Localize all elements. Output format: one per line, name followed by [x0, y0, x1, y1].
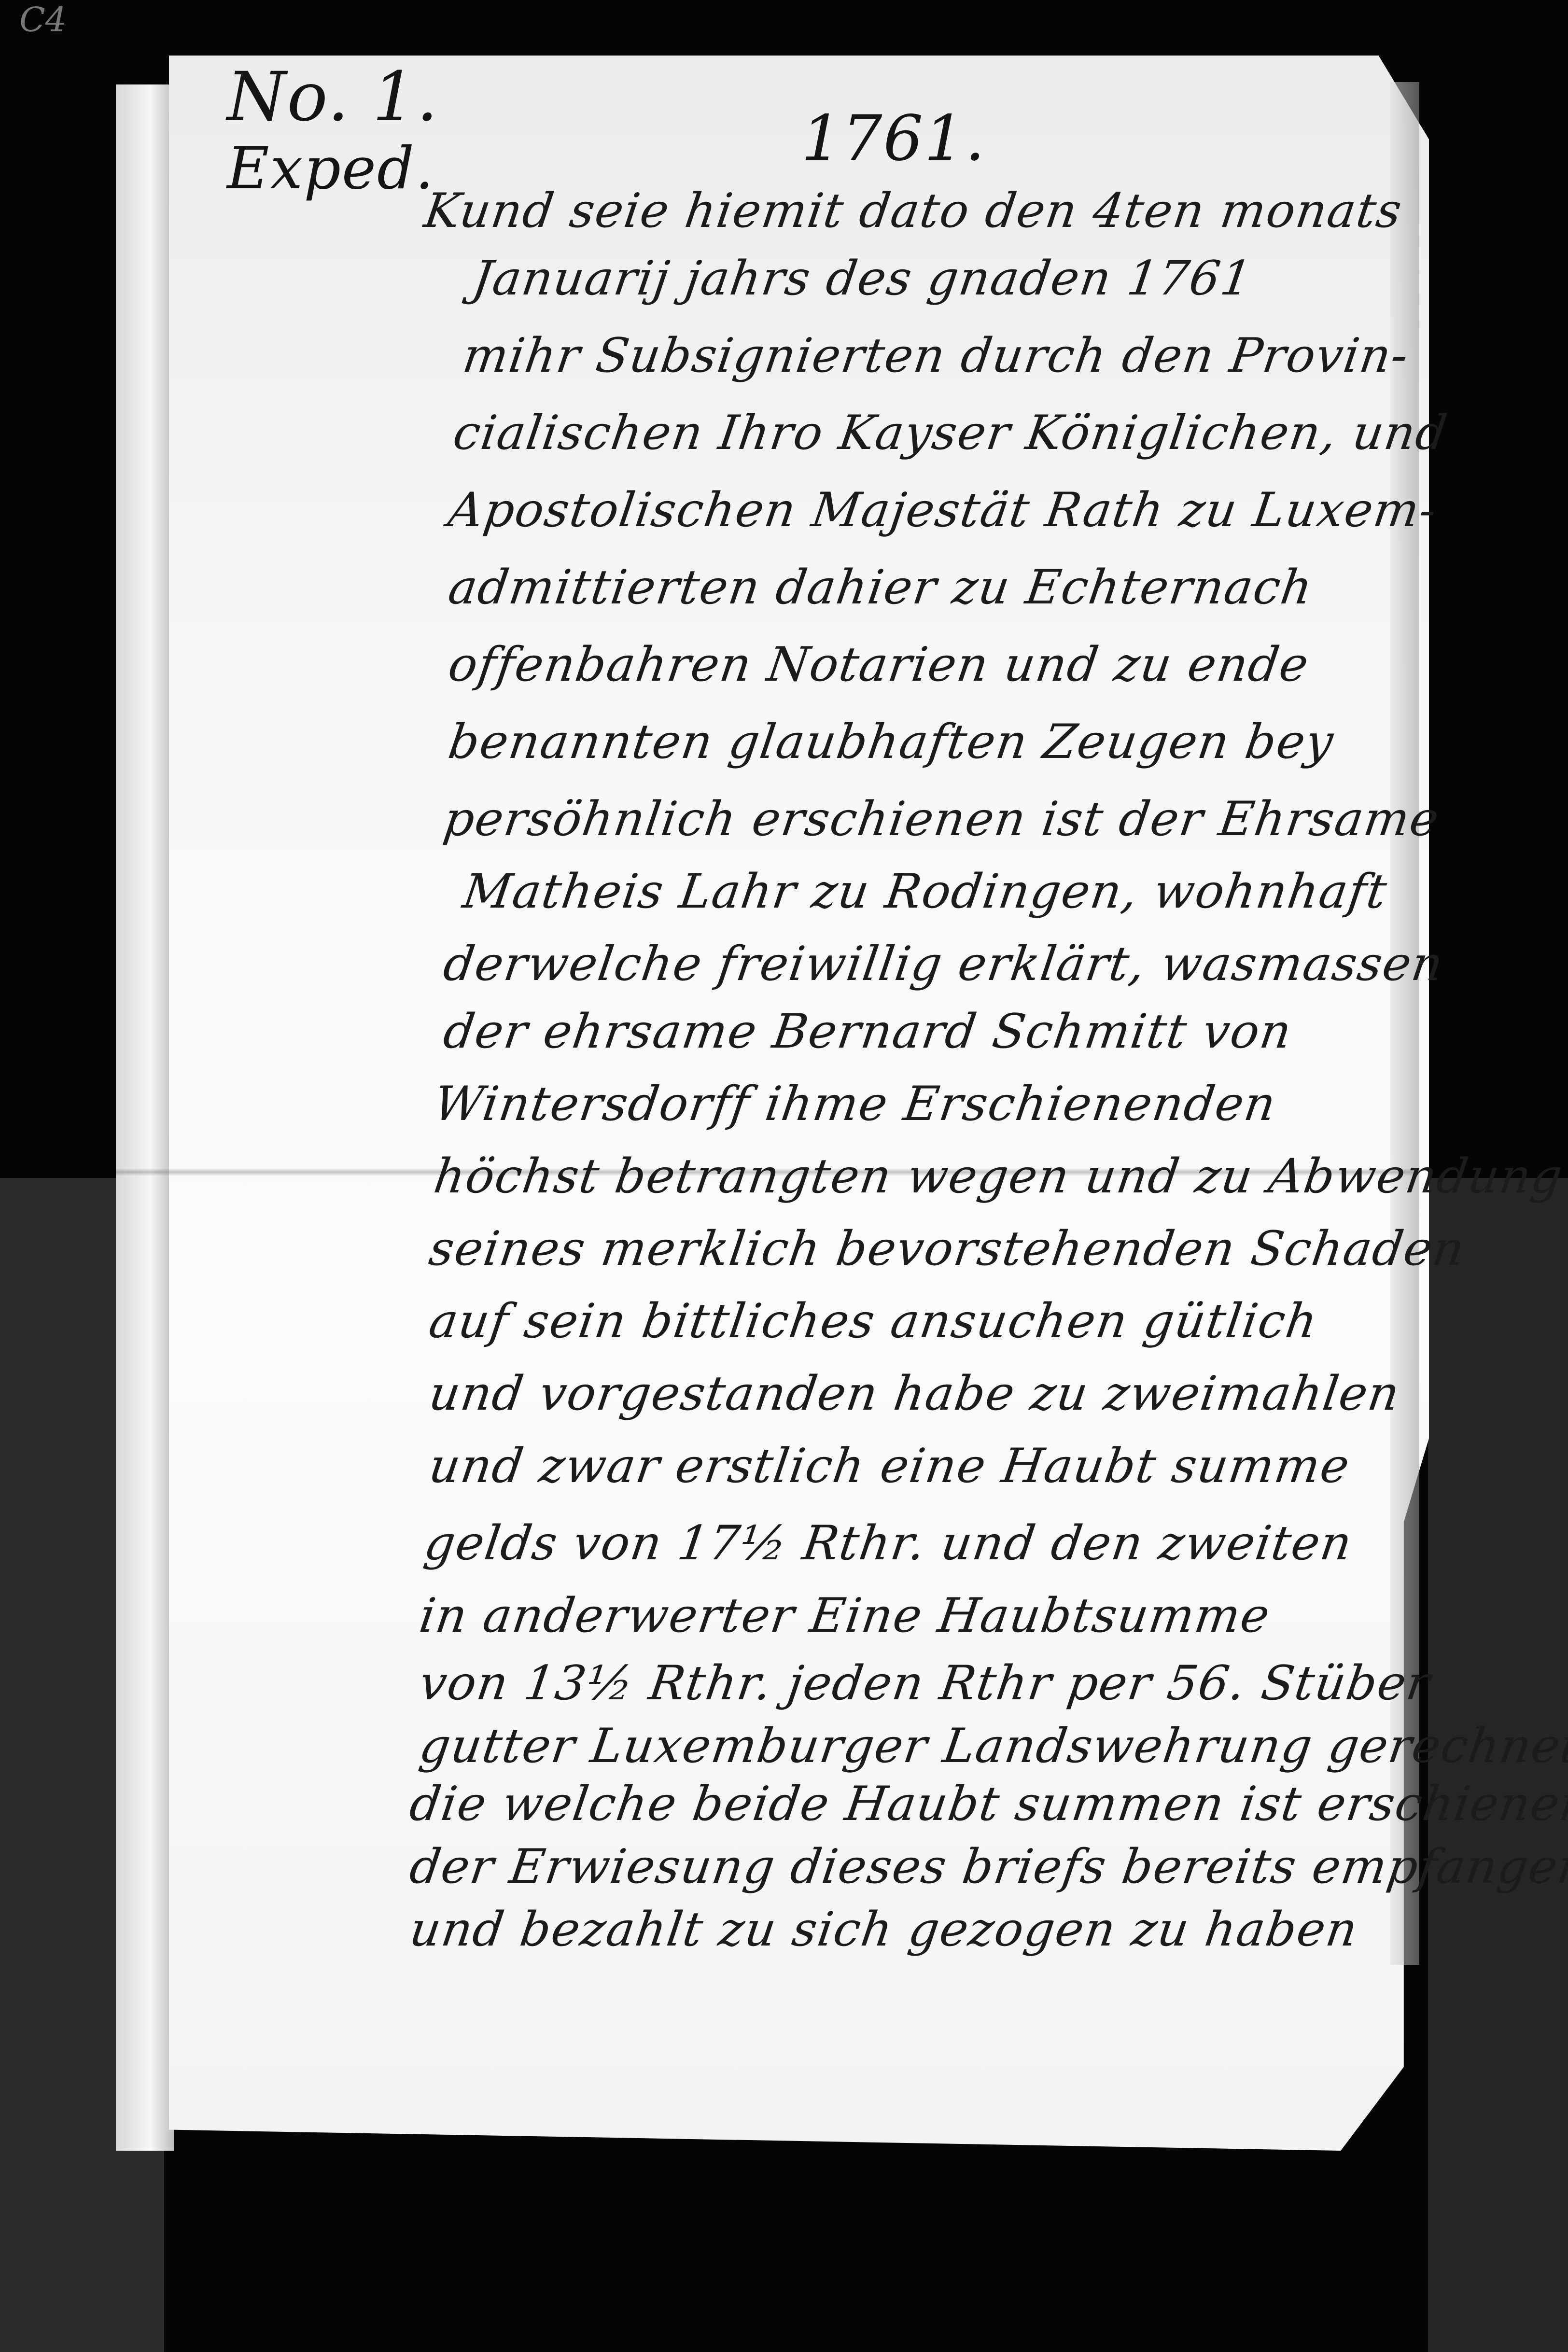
- text-line: und zwar erstlich eine Haubt summe: [426, 1439, 1354, 1494]
- text-line: Januarij jahrs des gnaden 1761: [469, 251, 1256, 306]
- text-line: der Erwiesung dieses briefs bereits empf…: [406, 1839, 1568, 1894]
- text-line: admittierten dahier zu Echternach: [445, 560, 1316, 615]
- folded-paper-edge: [116, 84, 174, 2151]
- text-line: Wintersdorff ihme Erschienenden: [431, 1077, 1280, 1132]
- text-line: der ehrsame Bernard Schmitt von: [440, 1004, 1295, 1059]
- exped-label: Exped.: [227, 135, 434, 202]
- text-line: auf sein bittliches ansuchen gütlich: [426, 1294, 1321, 1349]
- binder-tab-mark: C4: [19, 0, 126, 63]
- text-line: und bezahlt zu sich gezogen zu haben: [406, 1902, 1361, 1957]
- text-line: gutter Luxemburger Landswehrung gerechne…: [416, 1719, 1568, 1774]
- text-line: benannten glaubhaften Zeugen bey: [445, 714, 1337, 770]
- text-line: persöhnlich erschienen ist der Ehrsame: [440, 792, 1443, 847]
- document-number-label: No. 1.: [227, 58, 439, 137]
- text-line: Kund seie hiemit dato den 4ten monats: [421, 183, 1406, 238]
- text-line: cialischen Ihro Kayser Königlichen, und: [450, 406, 1451, 461]
- text-line: Apostolischen Majestät Rath zu Luxem-: [445, 483, 1441, 538]
- text-line: mihr Subsignierten durch den Provin-: [460, 328, 1412, 383]
- text-line: gelds von 17½ Rthr. und den zweiten: [421, 1516, 1356, 1571]
- text-line: die welche beide Haubt summen ist erschi…: [406, 1777, 1568, 1832]
- text-line: derwelche freiwillig erklärt, wasmassen: [440, 937, 1447, 992]
- text-line: seines merklich bevorstehenden Schaden: [426, 1221, 1468, 1276]
- text-line: in anderwerter Eine Haubtsumme: [416, 1588, 1274, 1643]
- text-line: offenbahren Notarien und zu ende: [445, 637, 1313, 692]
- text-line: Matheis Lahr zu Rodingen, wohnhaft: [460, 864, 1391, 919]
- text-line: höchst betrangten wegen und zu Abwendung: [431, 1149, 1567, 1204]
- year-heading: 1761.: [801, 101, 986, 175]
- text-line: von 13½ Rthr. jeden Rthr per 56. Stüber: [416, 1656, 1434, 1711]
- text-line: und vorgestanden habe zu zweimahlen: [426, 1366, 1403, 1421]
